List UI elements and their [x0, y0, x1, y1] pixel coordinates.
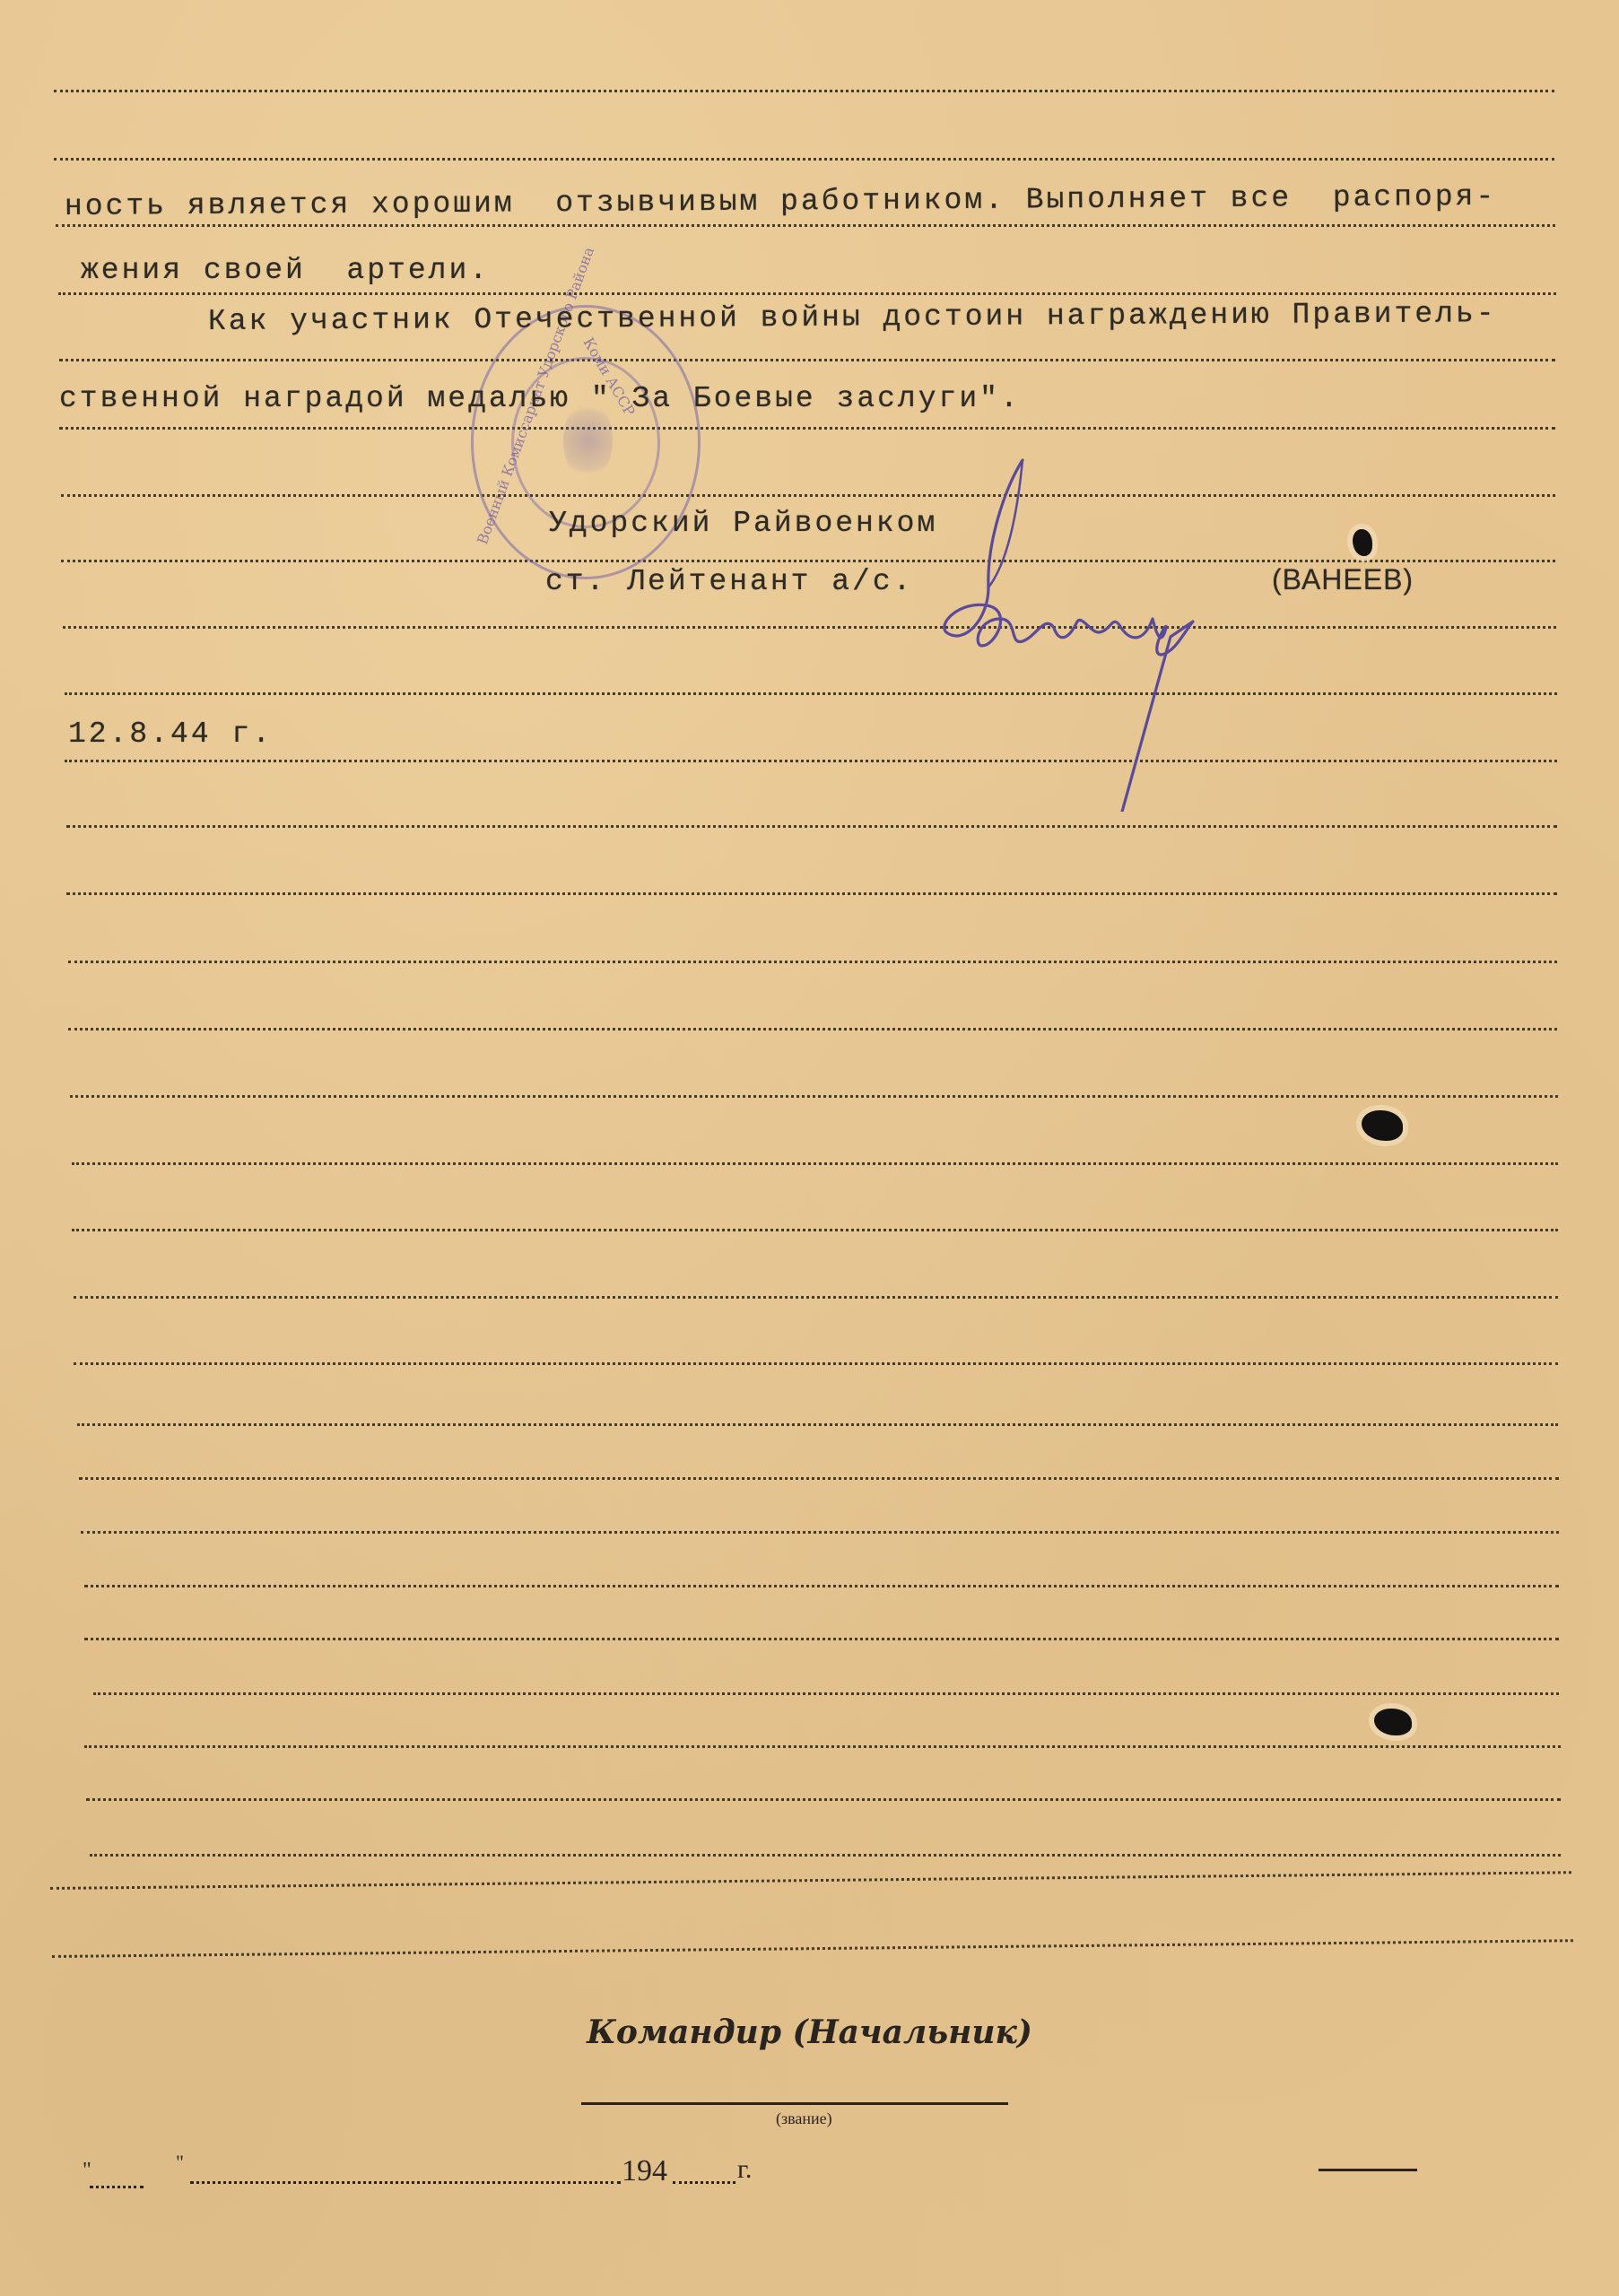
ruled-line	[74, 1296, 1558, 1299]
ruled-line	[65, 692, 1557, 695]
ruled-line	[84, 1745, 1561, 1748]
body-text-line-2: жения своей артели.	[81, 254, 490, 287]
ruled-line	[61, 494, 1555, 497]
ruled-line	[74, 1362, 1558, 1365]
date-quote-open: "	[83, 2159, 91, 2182]
ruled-line	[61, 560, 1555, 562]
ruled-line	[59, 427, 1555, 430]
form-month-line	[190, 2181, 621, 2184]
form-commander-title: Командир (Начальник)	[0, 2013, 1619, 2051]
rank-caption: (звание)	[776, 2109, 832, 2128]
body-text-line-4: ственной наградой медалью " За Боевые за…	[59, 382, 1021, 415]
punch-hole	[1353, 529, 1372, 556]
ruled-line	[59, 359, 1555, 361]
ruled-line	[54, 90, 1554, 92]
form-year-prefix: 194	[622, 2154, 667, 2188]
date-quote-close: "	[176, 2151, 184, 2174]
ruled-line	[86, 1798, 1561, 1801]
ruled-line	[56, 224, 1555, 227]
ruled-line	[90, 1854, 1561, 1857]
form-year-line	[673, 2181, 736, 2184]
ruled-line	[79, 1477, 1559, 1480]
form-signature-line	[1319, 2169, 1417, 2171]
ruled-line	[66, 892, 1557, 895]
ruled-line	[66, 825, 1557, 828]
form-day-line	[90, 2186, 144, 2188]
ruled-line	[77, 1423, 1558, 1426]
signer-rank: ст. Лейтенант а/с.	[545, 565, 913, 598]
ruled-line	[84, 1585, 1559, 1587]
form-year-suffix: г.	[737, 2154, 752, 2185]
ruled-line	[70, 1095, 1558, 1098]
ruled-line	[72, 1162, 1558, 1165]
ruled-line	[93, 1692, 1559, 1695]
ruled-line	[84, 1638, 1559, 1640]
ruled-line	[58, 292, 1556, 295]
ruled-line	[81, 1531, 1559, 1534]
rank-signature-line	[581, 2102, 1008, 2105]
form-date-field: "	[83, 2151, 91, 2185]
ruled-line	[68, 1028, 1557, 1031]
document-date: 12.8.44 г.	[68, 717, 273, 751]
signature	[933, 453, 1310, 812]
ruled-line	[63, 626, 1556, 629]
document-page	[0, 0, 1619, 2296]
ruled-line	[68, 961, 1557, 963]
signer-organization: Удорский Райвоенком	[549, 507, 937, 540]
ruled-line	[54, 158, 1554, 161]
ruled-line	[65, 760, 1557, 762]
ruled-line	[72, 1229, 1558, 1231]
